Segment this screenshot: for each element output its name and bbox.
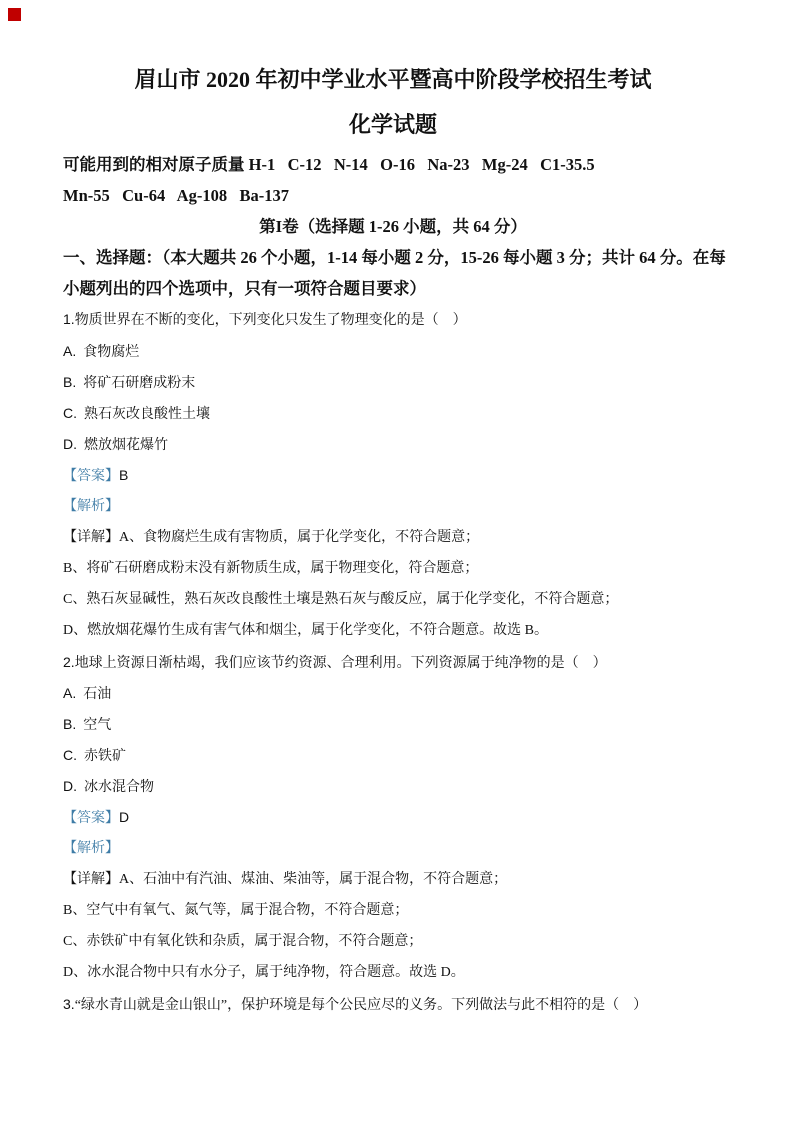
question-1-analysis-label: 【解析】 — [63, 491, 723, 522]
text-segment: C. — [63, 405, 77, 421]
question-1-explanation-b: B、将矿石研磨成粉末没有新物质生成，属于物理变化，符合题意； — [63, 553, 723, 584]
text-segment: D — [119, 809, 129, 825]
text-segment: 小题列出的四个选项中，只有一项符合题目要求） — [63, 279, 426, 298]
question-1-explanation-d: D、燃放烟花爆竹生成有害气体和烟尘，属于化学变化，不符合题意。故选 B。 — [63, 615, 723, 646]
bracket-label: 【答案】 — [63, 469, 119, 484]
question-1-stem: 1.物质世界在不断的变化，下列变化只发生了物理变化的是（ ） — [63, 304, 723, 335]
question-1-explanation-a: 【详解】A、食物腐烂生成有害物质，属于化学变化，不符合题意； — [63, 522, 723, 553]
text-segment: C、熟石灰显碱性，熟石灰改良酸性土壤是熟石灰与酸反应，属于化学变化，不符合题意； — [63, 592, 618, 607]
text-segment: 赤铁矿 — [77, 749, 126, 764]
document-body-lines: 可能用到的相对原子质量 H-1 C-12 N-14 O-16 Na-23 Mg-… — [63, 149, 723, 1020]
text-segment: H-1 C-12 N-14 O-16 Na-23 Mg-24 C1-35.5 — [249, 155, 595, 174]
question-1-option-d: D. 燃放烟花爆竹 — [63, 429, 723, 460]
text-segment: 物质世界在不断的变化，下列变化只发生了物理变化的是（ ） — [75, 313, 467, 328]
atomic-masses-line-2: Mn-55 Cu-64 Ag-108 Ba-137 — [63, 180, 723, 211]
atomic-masses-line-1: 可能用到的相对原子质量 H-1 C-12 N-14 O-16 Na-23 Mg-… — [63, 149, 723, 180]
text-segment: 可能用到的相对原子质量 — [63, 155, 249, 174]
text-segment: D. — [63, 436, 77, 452]
question-2-explanation-a: 【详解】A、石油中有汽油、煤油、柴油等，属于混合物，不符合题意； — [63, 864, 723, 895]
text-segment: 3. — [63, 996, 75, 1012]
question-2-explanation-d: D、冰水混合物中只有水分子，属于纯净物，符合题意。故选 D。 — [63, 957, 723, 988]
text-segment: Mn-55 Cu-64 Ag-108 Ba-137 — [63, 186, 289, 205]
bracket-label: 【答案】 — [63, 811, 119, 826]
text-segment: A. — [63, 343, 76, 359]
text-segment: 【详解】A、食物腐烂生成有害物质，属于化学变化，不符合题意； — [63, 530, 479, 545]
question-1-option-c: C. 熟石灰改良酸性土壤 — [63, 398, 723, 429]
question-1-explanation-c: C、熟石灰显碱性，熟石灰改良酸性土壤是熟石灰与酸反应，属于化学变化，不符合题意； — [63, 584, 723, 615]
exam-subject-title: 化学试题 — [63, 101, 723, 149]
text-segment: C、赤铁矿中有氧化铁和杂质，属于混合物，不符合题意； — [63, 934, 422, 949]
question-3-stem: 3.“绿水青山就是金山银山”，保护环境是每个公民应尽的义务。下列做法与此不相符的… — [63, 989, 723, 1020]
text-segment: 2. — [63, 654, 75, 670]
text-segment: 熟石灰改良酸性土壤 — [77, 407, 210, 422]
text-segment: “绿水青山就是金山银山”，保护环境是每个公民应尽的义务。下列做法与此不相符的是（… — [75, 998, 647, 1013]
question-2-explanation-b: B、空气中有氧气、氮气等，属于混合物，不符合题意； — [63, 895, 723, 926]
question-2-option-d: D. 冰水混合物 — [63, 771, 723, 802]
section1-instructions-line-1: 一、选择题：（本大题共 26 个小题，1-14 每小题 2 分，15-26 每小… — [63, 242, 723, 273]
question-2-answer: 【答案】D — [63, 802, 723, 833]
question-1-option-a: A. 食物腐烂 — [63, 336, 723, 367]
text-segment: 1. — [63, 311, 75, 327]
text-segment: A. — [63, 685, 76, 701]
text-segment: C. — [63, 747, 77, 763]
text-segment: D. — [63, 778, 77, 794]
text-segment: 第I卷（选择题 1-26 小题，共 64 分） — [259, 217, 527, 236]
question-2-option-b: B. 空气 — [63, 709, 723, 740]
text-segment: D、燃放烟花爆竹生成有害气体和烟尘，属于化学变化，不符合题意。故选 B。 — [63, 623, 548, 638]
text-segment: D、冰水混合物中只有水分子，属于纯净物，符合题意。故选 D。 — [63, 965, 465, 980]
exam-document-page: { "page": { "background": "#ffffff", "te… — [0, 0, 793, 1122]
question-1-option-b: B. 将矿石研磨成粉末 — [63, 367, 723, 398]
text-segment: 燃放烟花爆竹 — [77, 438, 168, 453]
bracket-label: 【解析】 — [63, 841, 119, 856]
part1-heading: 第I卷（选择题 1-26 小题，共 64 分） — [63, 211, 723, 242]
bracket-label: 【解析】 — [63, 499, 119, 514]
red-square-marker — [8, 8, 21, 21]
text-segment: B — [119, 467, 128, 483]
question-2-stem: 2.地球上资源日渐枯竭，我们应该节约资源、合理利用。下列资源属于纯净物的是（ ） — [63, 647, 723, 678]
text-segment: B. — [63, 374, 76, 390]
question-2-option-a: A. 石油 — [63, 678, 723, 709]
text-segment: B、空气中有氧气、氮气等，属于混合物，不符合题意； — [63, 903, 408, 918]
question-2-analysis-label: 【解析】 — [63, 833, 723, 864]
question-2-option-c: C. 赤铁矿 — [63, 740, 723, 771]
text-segment: 地球上资源日渐枯竭，我们应该节约资源、合理利用。下列资源属于纯净物的是（ ） — [75, 656, 607, 671]
text-segment: 石油 — [76, 687, 111, 702]
text-segment: 空气 — [76, 718, 111, 733]
text-segment: 一、选择题：（本大题共 26 个小题，1-14 每小题 2 分，15-26 每小… — [63, 248, 726, 267]
text-segment: 食物腐烂 — [76, 345, 139, 360]
question-1-answer: 【答案】B — [63, 460, 723, 491]
text-segment: 将矿石研磨成粉末 — [76, 376, 195, 391]
text-segment: B. — [63, 716, 76, 732]
section1-instructions-line-2: 小题列出的四个选项中，只有一项符合题目要求） — [63, 273, 723, 304]
text-segment: B、将矿石研磨成粉末没有新物质生成，属于物理变化，符合题意； — [63, 561, 478, 576]
text-segment: 冰水混合物 — [77, 780, 154, 795]
exam-title: 眉山市 2020 年初中学业水平暨高中阶段学校招生考试 — [63, 58, 723, 101]
text-segment: 【详解】A、石油中有汽油、煤油、柴油等，属于混合物，不符合题意； — [63, 872, 507, 887]
question-2-explanation-c: C、赤铁矿中有氧化铁和杂质，属于混合物，不符合题意； — [63, 926, 723, 957]
